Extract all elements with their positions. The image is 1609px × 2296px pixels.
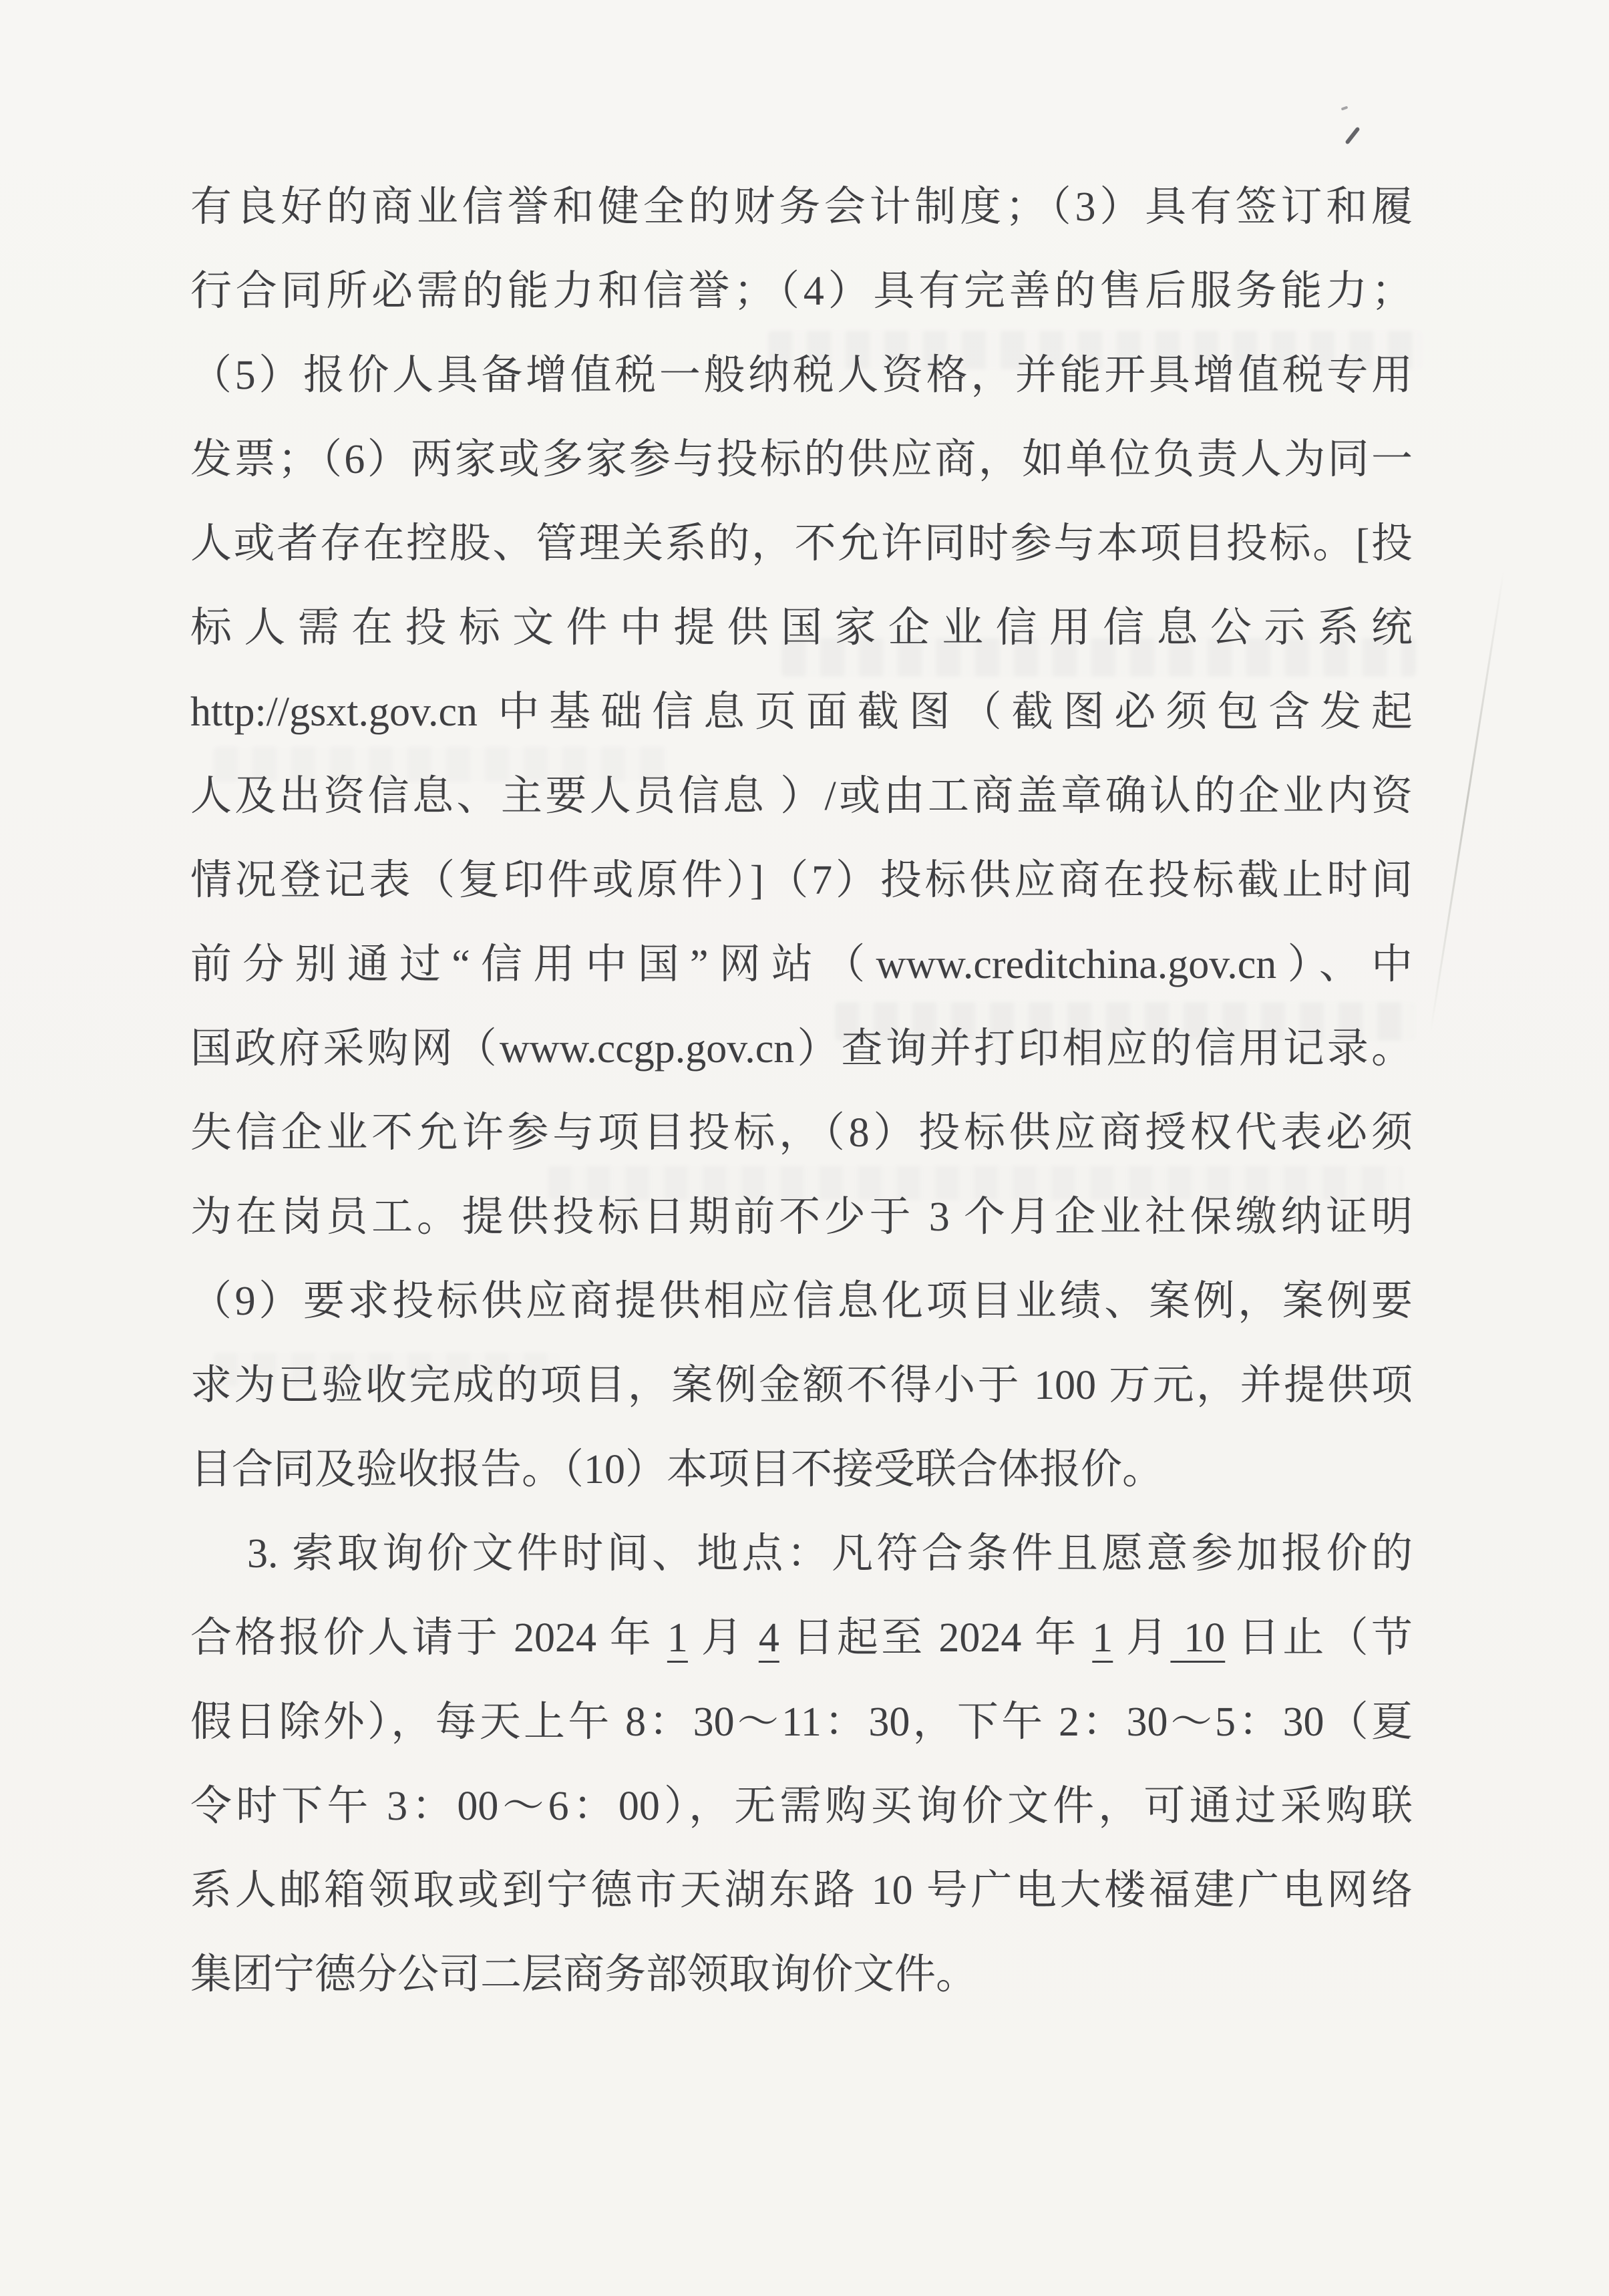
- text-segment: 日起至 2024 年: [779, 1615, 1092, 1661]
- date-underlined: 10: [1170, 1615, 1225, 1661]
- date-underlined: 4: [759, 1615, 779, 1661]
- text-line: 求为已验收完成的项目，案例金额不得小于 100 万元，并提供项: [190, 1343, 1413, 1428]
- text-line: 情况登记表（复印件或原件）]（7）投标供应商在投标截止时间: [190, 838, 1413, 923]
- text-line: 令时下午 3：00～6：00），无需购买询价文件，可通过采购联: [190, 1764, 1413, 1848]
- text-line: 系人邮箱领取或到宁德市天湖东路 10 号广电大楼福建广电网络: [190, 1848, 1413, 1933]
- text-line-with-dates: 合格报价人请于 2024 年 1 月 4 日起至 2024 年 1 月 10 日…: [190, 1596, 1413, 1680]
- text-line: 集团宁德分公司二层商务部领取询价文件。: [190, 1933, 1413, 2017]
- ink-speck: [1345, 126, 1360, 144]
- text-line: 前分别通过“信用中国”网站（www.creditchina.gov.cn）、中: [190, 923, 1413, 1007]
- text-segment: 合格报价人请于 2024 年: [190, 1615, 667, 1661]
- text-line: 人及出资信息、主要人员信息 ）/或由工商盖章确认的企业内资: [190, 754, 1413, 838]
- text-line: 标人需在投标文件中提供国家企业信用信息公示系统: [190, 586, 1413, 670]
- text-segment: 月: [688, 1615, 759, 1661]
- paper-crease: [1429, 570, 1504, 1033]
- date-underlined: 1: [667, 1615, 688, 1661]
- text-line: （9）要求投标供应商提供相应信息化项目业绩、案例，案例要: [190, 1259, 1413, 1343]
- text-line: 行合同所必需的能力和信誉；（4）具有完善的售后服务能力；: [190, 249, 1413, 333]
- text-line: 3. 索取询价文件时间、地点：凡符合条件且愿意参加报价的: [190, 1512, 1413, 1596]
- ink-speck: [1341, 106, 1349, 110]
- text-line: 有良好的商业信誉和健全的财务会计制度；（3）具有签订和履: [190, 165, 1413, 249]
- text-line: 发票；（6）两家或多家参与投标的供应商，如单位负责人为同一: [190, 418, 1413, 502]
- text-line: http://gsxt.gov.cn 中基础信息页面截图（截图必须包含发起: [190, 670, 1413, 754]
- text-line: 国政府采购网（www.ccgp.gov.cn）查询并打印相应的信用记录。: [190, 1007, 1413, 1091]
- text-segment: 日止（节: [1225, 1615, 1413, 1661]
- text-segment: 月: [1113, 1615, 1170, 1661]
- body-text: 有良好的商业信誉和健全的财务会计制度；（3）具有签订和履 行合同所必需的能力和信…: [190, 165, 1413, 2017]
- text-line: 失信企业不允许参与项目投标，（8）投标供应商授权代表必须: [190, 1091, 1413, 1175]
- text-line: 假日除外），每天上午 8：30～11：30，下午 2：30～5：30（夏: [190, 1680, 1413, 1764]
- text-line: 为在岗员工。提供投标日期前不少于 3 个月企业社保缴纳证明: [190, 1175, 1413, 1259]
- text-line: （5）报价人具备增值税一般纳税人资格，并能开具增值税专用: [190, 333, 1413, 418]
- document-page: 有良好的商业信誉和健全的财务会计制度；（3）具有签订和履 行合同所必需的能力和信…: [0, 0, 1609, 2296]
- text-line: 人或者存在控股、管理关系的，不允许同时参与本项目投标。[投: [190, 502, 1413, 586]
- date-underlined: 1: [1092, 1615, 1113, 1661]
- text-line: 目合同及验收报告。（10）本项目不接受联合体报价。: [190, 1428, 1413, 1512]
